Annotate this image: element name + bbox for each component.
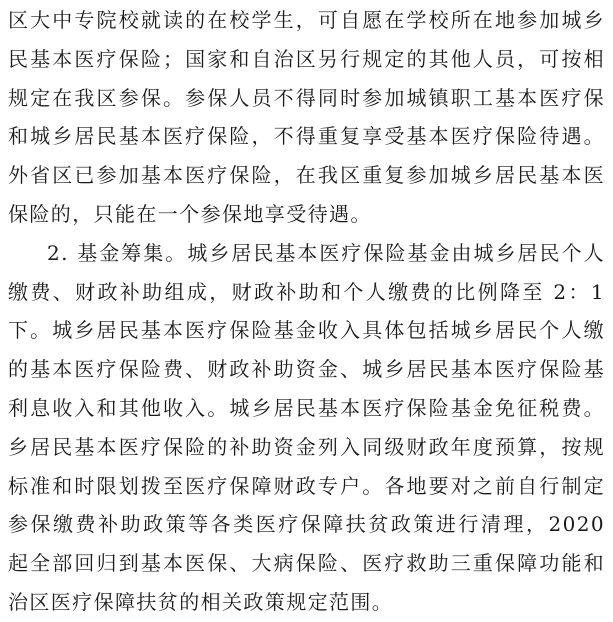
- text-line: 起全部回归到基本医保、大病保险、医疗救助三重保障功能和自: [8, 544, 605, 583]
- text-line: 乡居民基本医疗保险的补助资金列入同级财政年度预算，按规定: [8, 428, 605, 467]
- text-line: 2. 基金筹集。城乡居民基本医疗保险基金由城乡居民个人: [8, 234, 605, 273]
- text-line: 下。城乡居民基本医疗保险基金收入具体包括城乡居民个人缴纳: [8, 311, 605, 350]
- text-line: 利息收入和其他收入。城乡居民基本医疗保险基金免征税费。城: [8, 389, 605, 428]
- text-line: 治区医疗保障扶贫的相关政策规定范围。: [8, 583, 605, 622]
- text-line: 和城乡居民基本医疗保险，不得重复享受基本医疗保险待遇。在: [8, 117, 605, 156]
- text-line: 民基本医疗保险；国家和自治区另行规定的其他人员，可按相关: [8, 40, 605, 79]
- text-line: 保险的，只能在一个参保地享受待遇。: [8, 195, 605, 234]
- text-line: 缴费、财政补助组成，财政补助和个人缴费的比例降至 2：1 以: [8, 273, 605, 312]
- text-line: 的基本医疗保险费、财政补助资金、城乡居民基本医疗保险基金: [8, 350, 605, 389]
- text-line: 区大中专院校就读的在校学生，可自愿在学校所在地参加城乡居: [8, 1, 605, 40]
- text-line: 参保缴费补助政策等各类医疗保障扶贫政策进行清理，2020 年: [8, 505, 605, 544]
- text-block: 区大中专院校就读的在校学生，可自愿在学校所在地参加城乡居民基本医疗保险；国家和自…: [8, 1, 605, 622]
- document-page: 区大中专院校就读的在校学生，可自愿在学校所在地参加城乡居民基本医疗保险；国家和自…: [0, 0, 613, 622]
- text-line: 外省区已参加基本医疗保险，在我区重复参加城乡居民基本医疗: [8, 156, 605, 195]
- text-line: 标准和时限划拨至医疗保障财政专户。各地要对之前自行制定的: [8, 467, 605, 506]
- text-line: 规定在我区参保。参保人员不得同时参加城镇职工基本医疗保险: [8, 79, 605, 118]
